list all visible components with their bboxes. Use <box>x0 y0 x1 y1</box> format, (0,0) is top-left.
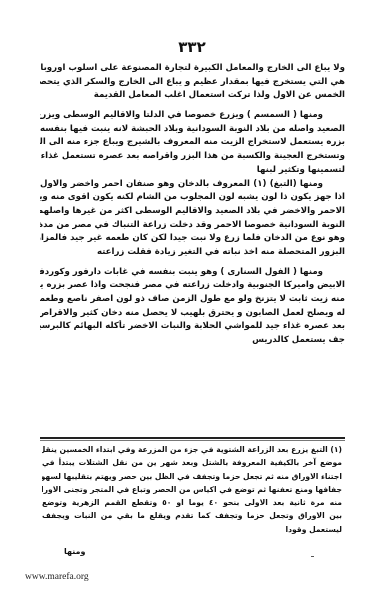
body-line: وهو نوع من الدخان فلما زرع ولا نبت جيدا … <box>40 232 345 246</box>
body-line: لتسمينها وتكثير لبنها <box>40 164 345 178</box>
footnote-line: (١) التبغ يزرع بعد الزراعة الشتوية في جز… <box>42 443 342 456</box>
book-page: ٣٣٢ ولا يباع الى الخارج والمعامل الكبيرة… <box>0 0 384 600</box>
footnote-separator <box>40 437 345 439</box>
body-line: اذا جهز يكون ذا لون يشبه لون المجلوب من … <box>40 191 345 205</box>
body-line: ومنها ( السمسم ) ويزرع خصوصا في الدلتا و… <box>40 109 345 123</box>
footnote: (١) التبغ يزرع بعد الزراعة الشتوية في جز… <box>42 443 342 536</box>
footnote-line: جفافها ومنع تعفنها ثم توضع في اكياس من ا… <box>42 483 342 496</box>
footnote-line: اجتناء الاوراق منه ثم تجعل حزما وتجفف في… <box>42 470 342 483</box>
body-line: منه زيت ثابت لا يتزنخ ولو مع طول الزمن ص… <box>40 293 345 307</box>
footnote-separator-thin <box>40 440 345 441</box>
body-line: بزره يستعمل لاستخراج الزيت منه المعروف ب… <box>40 136 345 150</box>
body-line: الابيض واميركا الجنوبية وادخلت زراعته في… <box>40 279 345 293</box>
body-line: ومنها ( الفول السنارى ) وهو ينبت بنفسه ف… <box>40 266 345 280</box>
body-line: الصعيد واصله من بلاد النوبة السودانية وب… <box>40 123 345 137</box>
body-line: له ويصلح لعمل الصابون و يحترق بلهيب لا ي… <box>40 307 345 321</box>
watermark: www.marefa.org <box>25 572 89 582</box>
footnote-line: موضع آخر بالكيفية المعروفة بالشتل وبعد ش… <box>42 456 342 469</box>
body-line: ولا يباع الى الخارج والمعامل الكبيرة لتج… <box>40 62 345 76</box>
footnote-line: ليستعمل وقودا <box>42 523 342 536</box>
body-text: ولا يباع الى الخارج والمعامل الكبيرة لتج… <box>40 62 345 348</box>
page-number: ٣٣٢ <box>0 38 384 56</box>
body-line: هي التي يستخرج فيها بمقدار عظيم و يباع ا… <box>40 76 345 90</box>
footnote-line: بين الاوراق وتجعل حزما وتجفف كما تقدم وي… <box>42 509 342 522</box>
body-line: ومنها (التبغ) (١) المعروف بالدخان وهو صن… <box>40 178 345 192</box>
body-line: الخمس عن الاول ولذا تركت استعمال اغلب ال… <box>40 89 345 103</box>
catchword: ومنها <box>64 547 85 556</box>
body-line: الاحمر والاخضر في بلاد الصعيد والاقاليم … <box>40 205 345 219</box>
body-line: البزور المتحصلة منه اخذ نباته في التغير … <box>40 246 345 260</box>
body-line: وتستخرج العجينة والكسبة من هذا البزر واق… <box>40 150 345 164</box>
body-line: النوبة السودانية خصوصا الاحمر وقد دخلت ز… <box>40 219 345 233</box>
scan-mark <box>311 556 314 557</box>
body-line: بعد عصره غذاء جيد للمواشي الحلابة والنبا… <box>40 320 345 334</box>
body-line: جف يستعمل كالدريس <box>40 334 345 348</box>
footnote-line: منه مرة ثانية بعد الاولى بنحو ٤٠ يوما او… <box>42 496 342 509</box>
